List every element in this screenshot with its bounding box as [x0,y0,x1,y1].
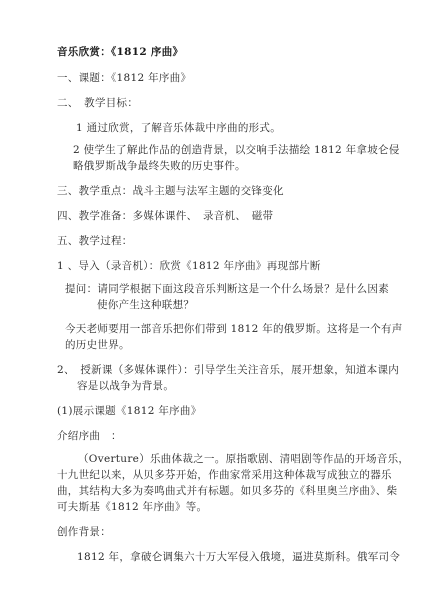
background-heading: 创作背景： [57,525,111,539]
prep-line: 四、教学准备：多媒体课件、 录音机、 磁带 [57,209,273,223]
step-2-line-2: 容是以战争为背景。 [77,379,174,393]
today-line-2: 的历史世界。 [65,338,130,352]
step-2-line-1: 2、 授新课（多媒体课件）：引导学生关注音乐，展开想象，知道本课内 [57,363,399,377]
step-1: 1 、导入（录音机）：欣赏《1812 年序曲》再现部片断 [57,259,321,273]
question-line-2: 使你产生这种联想？ [97,298,194,312]
page-title: 音乐欣赏：《1812 序曲》 [57,45,183,59]
background-line-1: 1812 年，拿破仑调集六十万大军侵入俄境，逼进莫斯科。俄军司令 [77,550,400,564]
process-heading: 五、教学过程： [57,234,133,248]
show-topic: (1)展示课题《1812 年序曲》 [57,404,202,418]
topic-line: 一、课题：《1812 年序曲》 [57,71,191,85]
today-line-1: 今天老师要用一部音乐把你们带到 1812 年的俄罗斯。这将是一个有声 [65,322,403,336]
intro-heading: 介绍序曲 ： [57,429,122,443]
overture-line-3: 曲，其结构大多为奏鸣曲式并有标题。如贝多芬的《科里奥兰序曲》、柴 [57,484,397,498]
goal-1: 1 通过欣赏，了解音乐体裁中序曲的形式。 [76,121,281,135]
overture-line-1: （Overture）乐曲体裁之一。原指歌剧、清唱剧等作品的开场音乐， [78,452,409,466]
goal-2-line-1: 2 使学生了解此作品的创造背景，以交响手法描绘 1812 年拿坡仑侵 [73,143,400,157]
goal-2-line-2: 略俄罗斯战争最终失败的历史事件。 [73,159,246,173]
question-line-1: 提问：请同学根据下面这段音乐判断这是一个什么场景？是什么因素 [65,282,389,296]
focus-line: 三、教学重点：战斗主题与法军主题的交锋变化 [57,184,284,198]
overture-line-2: 十九世纪以来，从贝多芬开始，作曲家常采用这种体裁写成独立的器乐 [57,468,392,482]
goals-heading: 二、 教学目标： [57,96,138,110]
overture-line-4: 可夫斯基《1812 年序曲》等。 [57,500,207,514]
document-page: 音乐欣赏：《1812 序曲》 一、课题：《1812 年序曲》 二、 教学目标： … [0,0,424,600]
